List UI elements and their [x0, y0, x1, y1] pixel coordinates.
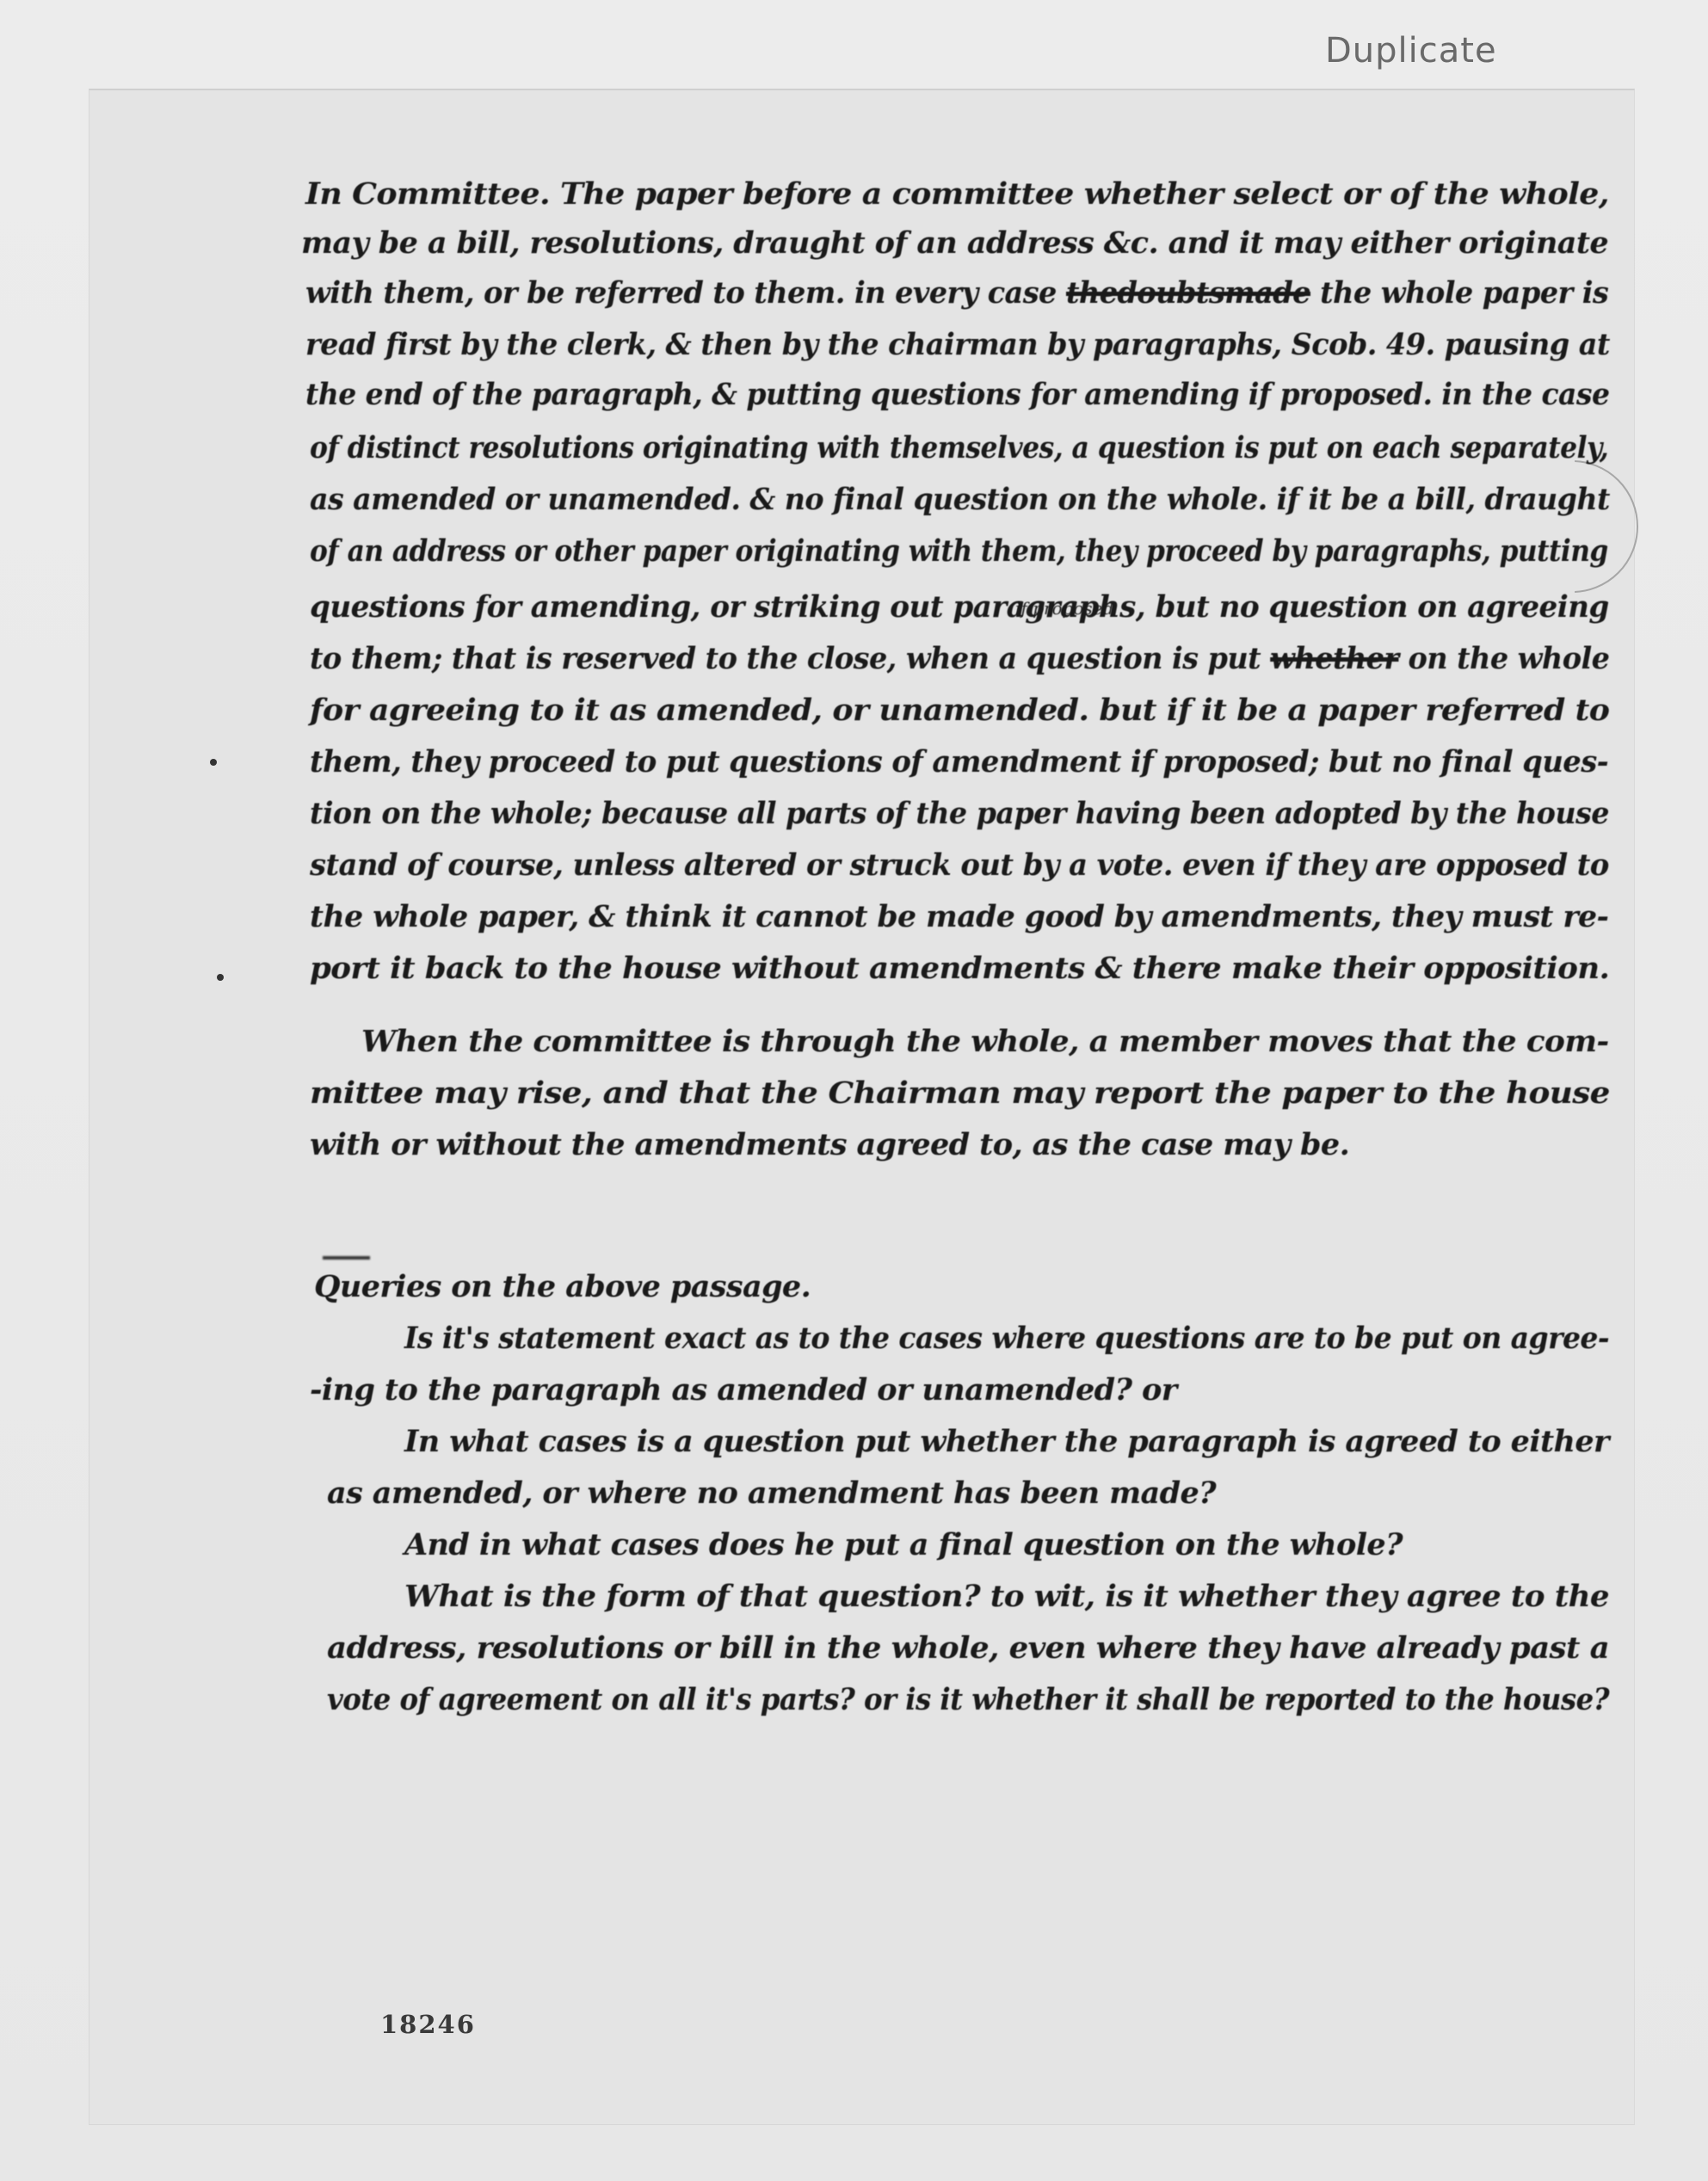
manuscript-line-12: them, they proceed to put questions of a… [310, 744, 1608, 779]
manuscript-line-6: of distinct resolutions originating with… [310, 430, 1608, 465]
line-10-text: to them; that is reserved to the close, … [310, 641, 1270, 676]
manuscript-line-19: with or without the amendments agreed to… [310, 1127, 1349, 1162]
manuscript-line-16: port it back to the house without amendm… [310, 951, 1609, 986]
line-3-text: with them, or be referred to them. in ev… [305, 275, 1066, 311]
line-3-tail: the whole paper is [1310, 275, 1608, 311]
manuscript-line-11: for agreeing to it as amended, or unamen… [310, 693, 1609, 728]
manuscript-line-28: vote of agreement on all it's parts? or … [327, 1682, 1609, 1717]
manuscript-line-5: the end of the paragraph, & putting ques… [305, 377, 1609, 412]
margin-dot [217, 974, 224, 981]
manuscript-line-14: stand of course, unless altered or struc… [310, 847, 1609, 883]
manuscript-line-8: of an address or other paper originating… [310, 533, 1608, 569]
manuscript-line-3: with them, or be referred to them. in ev… [305, 275, 1608, 311]
manuscript-line-24: as amended, or where no amendment has be… [327, 1476, 1216, 1511]
manuscript-line-17: When the committee is through the whole,… [361, 1024, 1609, 1059]
underline-mark [323, 1256, 370, 1260]
manuscript-line-7: as amended or unamended. & no final ques… [310, 482, 1610, 517]
manuscript-line-2: may be a bill, resolutions, draught of a… [301, 225, 1608, 261]
manuscript-line-4: read first by the clerk, & then by the c… [305, 327, 1610, 362]
duplicate-annotation: Duplicate [1325, 31, 1497, 71]
struck-word: thedoubtsmade [1066, 275, 1310, 311]
line-10-tail: on the whole [1398, 641, 1609, 676]
manuscript-line-21: Is it's statement exact as to the cases … [404, 1321, 1609, 1356]
manuscript-line-18: mittee may rise, and that the Chairman m… [310, 1075, 1610, 1111]
manuscript-line-25: And in what cases does he put a final qu… [404, 1527, 1403, 1562]
manuscript-line-15: the whole paper, & think it cannot be ma… [310, 899, 1608, 934]
manuscript-line-26: What is the form of that question? to wi… [404, 1579, 1609, 1614]
folio-number: 18246 [380, 2010, 476, 2039]
manuscript-line-20: Queries on the above passage. [314, 1269, 811, 1304]
margin-dot [210, 759, 217, 766]
manuscript-line-9: questions for amending, or striking out … [310, 589, 1609, 625]
manuscript-line-27: address, resolutions or bill in the whol… [327, 1630, 1609, 1666]
manuscript-line-1: In Committee. The paper before a committ… [305, 176, 1609, 212]
manuscript-line-13: tion on the whole; because all parts of … [310, 796, 1609, 831]
manuscript-line-23: In what cases is a question put whether … [404, 1424, 1609, 1459]
manuscript-line-10: to them; that is reserved to the close, … [310, 641, 1609, 676]
struck-word: whether [1270, 641, 1398, 676]
manuscript-line-22: -ing to the paragraph as amended or unam… [310, 1372, 1177, 1408]
